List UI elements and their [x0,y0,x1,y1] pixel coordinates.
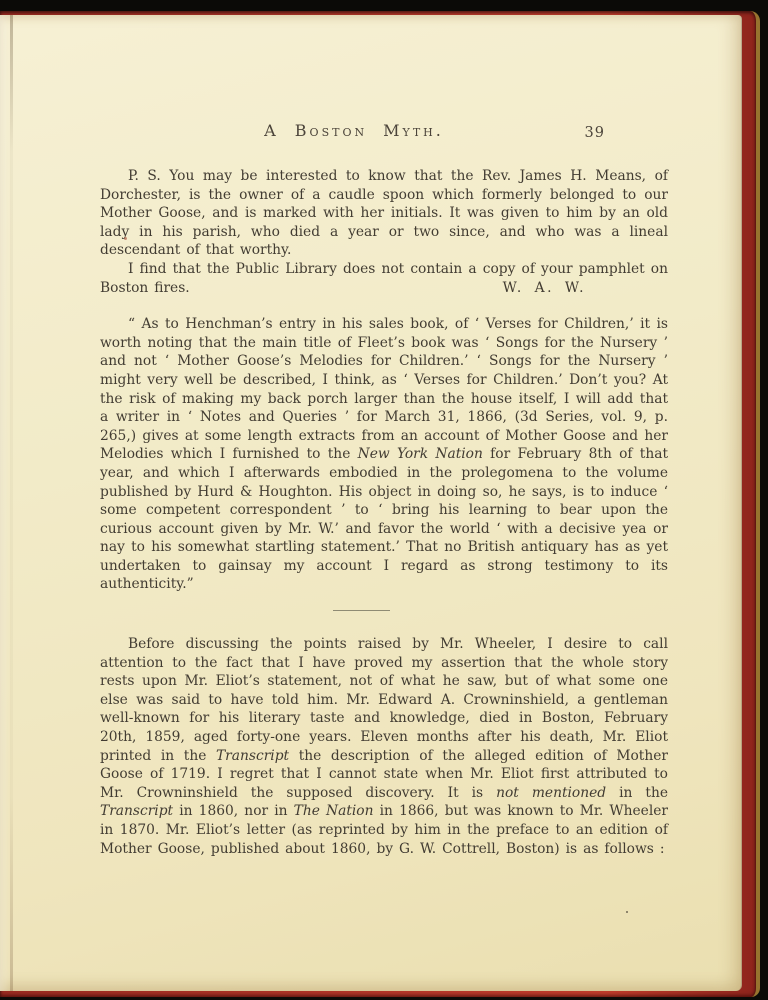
paragraph-postscript: P. S. You may be interested to know that… [100,167,668,260]
italic-text-run: not mentioned [496,785,606,801]
text-run: “ As to Henchman’s entry in his sales bo… [100,316,668,462]
signature-waw: W. A. W. [475,279,586,298]
ink-speck [124,237,127,240]
italic-text-run: Transcript [100,803,173,819]
text-run: Before discussing the points raised by M… [100,636,668,764]
running-head-title: A Boston Myth. [70,122,638,141]
page-gutter-crease [10,15,13,991]
text-run: in 1860, nor in [173,803,294,819]
book-page: A Boston Myth. 39 P. S. You may be inter… [0,15,742,991]
paragraph-library-note: I find that the Public Library does not … [100,260,668,297]
page-header: A Boston Myth. 39 [100,122,668,144]
page-number: 39 [585,124,605,143]
text-run: P. S. You may be interested to know that… [100,168,668,258]
text-run: for February 8th of that year, and which… [100,446,668,592]
page-left-edge-highlight [0,15,10,991]
scanned-book-photo: A Boston Myth. 39 P. S. You may be inter… [0,0,768,1000]
paragraph-discussion: Before discussing the points raised by M… [100,635,668,858]
section-divider [333,610,390,611]
italic-text-run: Transcript [216,748,289,764]
italic-text-run: New York Nation [358,446,483,462]
text-run: in the [606,785,668,801]
page-text-block: A Boston Myth. 39 P. S. You may be inter… [100,122,668,858]
italic-text-run: The Nation [294,803,374,819]
dot-speck [626,911,628,913]
paragraph-wheeler-quote: “ As to Henchman’s entry in his sales bo… [100,315,668,594]
